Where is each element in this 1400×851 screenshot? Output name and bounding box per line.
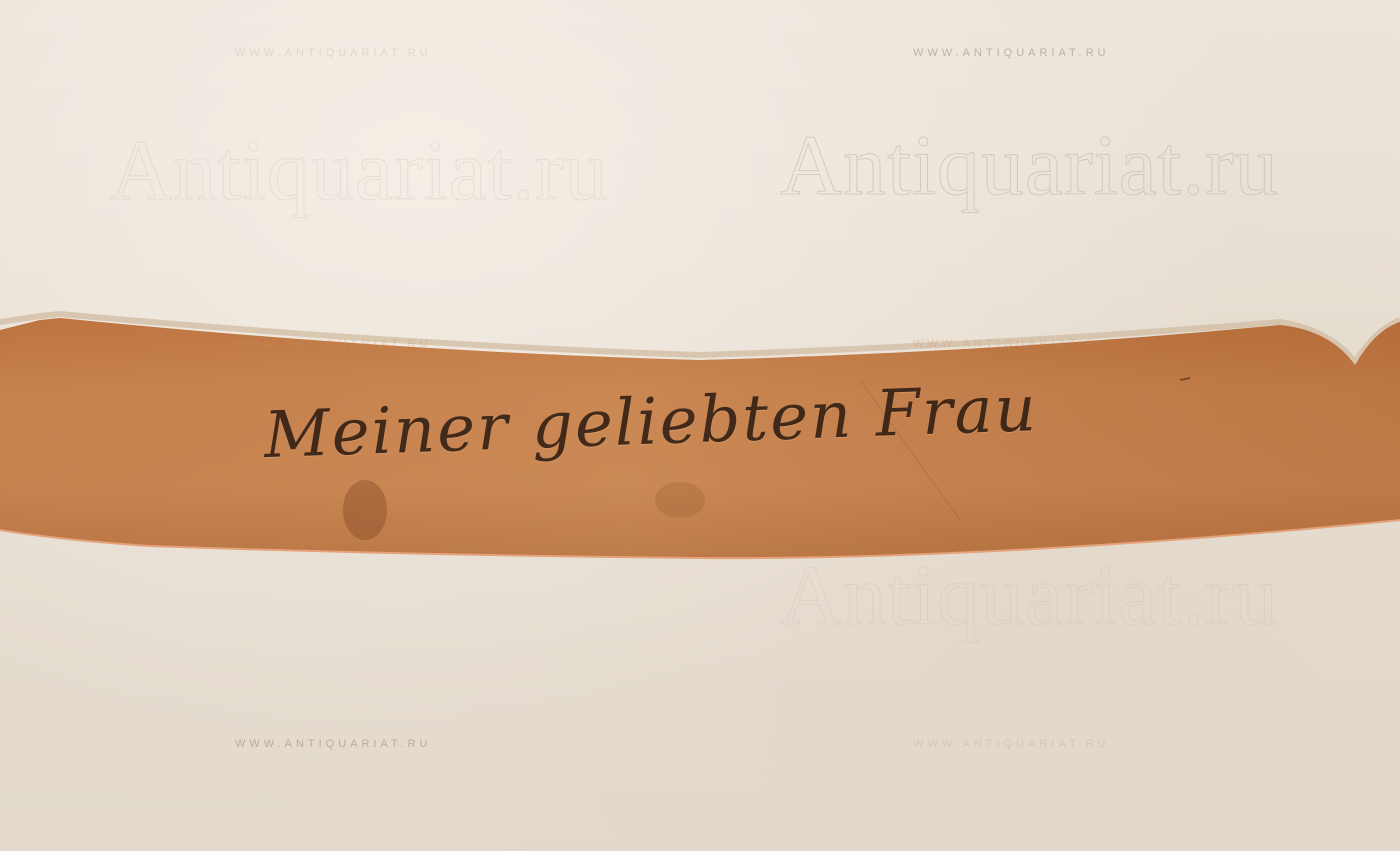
watermark-blade-left: WWW.ANTIQUARIAT.RU [235, 338, 431, 350]
watermark-small-bottom-right: WWW.ANTIQUARIAT.RU [913, 738, 1109, 750]
photo-scene: WWW.ANTIQUARIAT.RU WWW.ANTIQUARIAT.RU An… [0, 0, 1400, 851]
watermark-small-bottom-left: WWW.ANTIQUARIAT.RU [235, 738, 431, 750]
watermark-blade-right: WWW.ANTIQUARIAT.RU [913, 338, 1109, 350]
